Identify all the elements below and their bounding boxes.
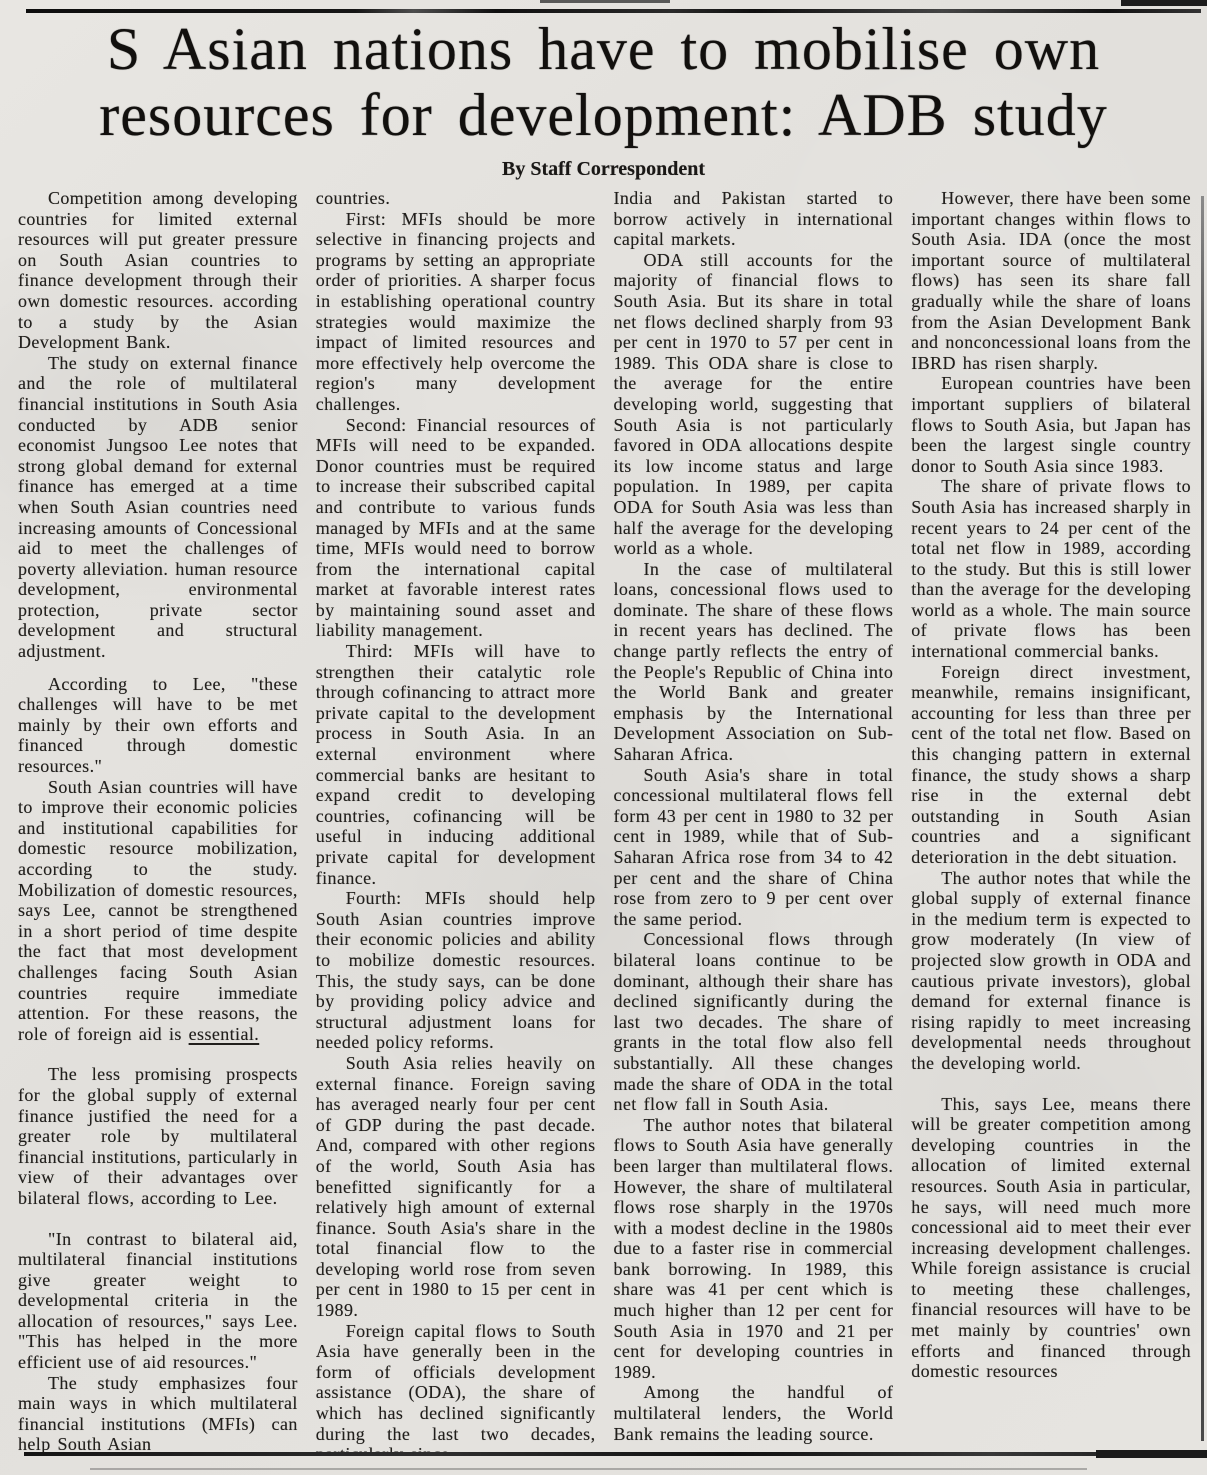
- paragraph: The study emphasizes four main ways in w…: [18, 1373, 298, 1455]
- underlined-word: essential.: [189, 1024, 259, 1044]
- paragraph-text: South Asian countries will have to impro…: [18, 777, 298, 1044]
- paragraph: South Asia relies heavily on external fi…: [316, 1053, 596, 1321]
- headline: S Asian nations have to mobilise own res…: [28, 16, 1179, 148]
- article-columns: Competition among developing countries f…: [18, 188, 1191, 1455]
- paragraph: Among the handful of multilateral lender…: [614, 1382, 894, 1444]
- paragraph: countries.: [316, 188, 596, 209]
- newspaper-page: S Asian nations have to mobilise own res…: [0, 0, 1207, 1475]
- paragraph: Second: Financial resources of MFIs will…: [316, 415, 596, 642]
- paragraph: According to Lee, "these challenges will…: [18, 674, 298, 777]
- column-4: However, there have been some important …: [911, 188, 1191, 1455]
- bottom-rule-heavy-segment: [1096, 1450, 1207, 1458]
- right-edge-rule: [1201, 196, 1204, 1441]
- paragraph: However, there have been some important …: [911, 188, 1191, 373]
- paragraph: European countries have been important s…: [911, 373, 1191, 476]
- paragraph: ODA still accounts for the majority of f…: [614, 250, 894, 559]
- paragraph: Fourth: MFIs should help South Asian cou…: [316, 888, 596, 1053]
- paragraph: "In contrast to bilateral aid, multilate…: [18, 1229, 298, 1373]
- bottom-rule: [24, 1452, 1203, 1456]
- paragraph: The study on external finance and the ro…: [18, 353, 298, 662]
- column-2: countries. First: MFIs should be more se…: [316, 188, 596, 1455]
- headline-line-2: resources for development: ADB study: [99, 82, 1107, 148]
- paragraph: Concessional flows through bilateral loa…: [614, 929, 894, 1114]
- paragraph: The author notes that bilateral flows to…: [614, 1115, 894, 1383]
- paragraph: Third: MFIs will have to strengthen thei…: [316, 641, 596, 888]
- column-3: India and Pakistan started to borrow act…: [614, 188, 894, 1455]
- headline-line-1: S Asian nations have to mobilise own: [107, 16, 1100, 82]
- paragraph: Competition among developing countries f…: [18, 188, 298, 353]
- paragraph: India and Pakistan started to borrow act…: [614, 188, 894, 250]
- paragraph: This, says Lee, means there will be grea…: [911, 1094, 1191, 1382]
- bottom-rule-faint-segment: [90, 1468, 1087, 1470]
- paragraph: The share of private flows to South Asia…: [911, 476, 1191, 661]
- scan-edge-mark: [1121, 0, 1207, 6]
- byline: By Staff Correspondent: [0, 158, 1207, 181]
- column-1: Competition among developing countries f…: [18, 188, 298, 1455]
- top-rule: [26, 9, 1201, 13]
- scan-edge-mark: [540, 0, 670, 3]
- paragraph: The author notes that while the global s…: [911, 868, 1191, 1074]
- paragraph: First: MFIs should be more selective in …: [316, 209, 596, 415]
- paragraph: The less promising prospects for the glo…: [18, 1064, 298, 1208]
- paragraph: Foreign capital flows to South Asia have…: [316, 1321, 596, 1455]
- paragraph: South Asia's share in total concessional…: [614, 765, 894, 930]
- paragraph: In the case of multilateral loans, conce…: [614, 559, 894, 765]
- paragraph: Foreign direct investment, meanwhile, re…: [911, 662, 1191, 868]
- paragraph: South Asian countries will have to impro…: [18, 777, 298, 1045]
